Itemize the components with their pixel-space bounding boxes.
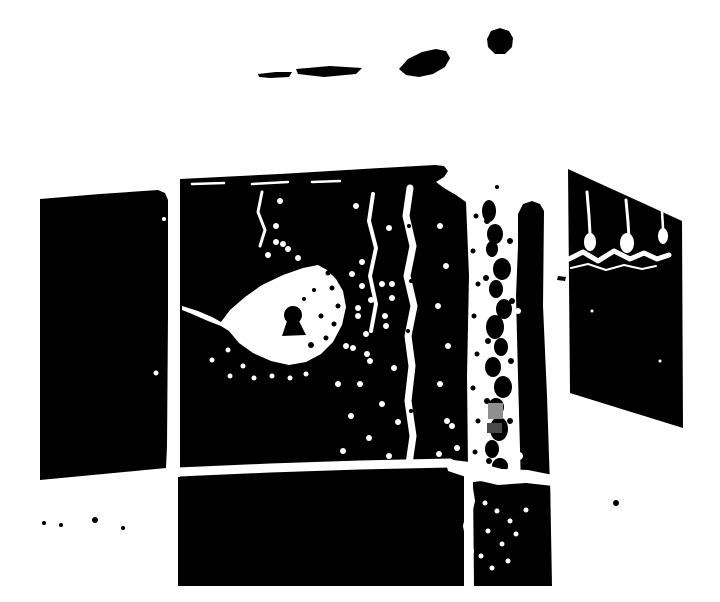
bottom-panel (178, 465, 464, 586)
latch-plate-dark-gray (487, 423, 502, 433)
latch-plate-gray (488, 403, 503, 419)
ceiling-dash-long (296, 66, 362, 77)
binarized-photograph (40, 16, 720, 586)
door-gap-specks (471, 214, 481, 455)
middle-panel-gap-protrusion (448, 211, 458, 231)
ceiling-round-blob (487, 28, 513, 54)
photo-canvas (40, 16, 720, 586)
panel-top-underline-3 (312, 181, 340, 182)
stray-dot (495, 185, 499, 189)
left-panel (40, 190, 168, 480)
ceiling-bean-blob (399, 49, 450, 77)
ceiling-dash-short (258, 72, 292, 78)
stray-dash (557, 276, 566, 281)
panel-top-underline-1 (192, 183, 224, 184)
